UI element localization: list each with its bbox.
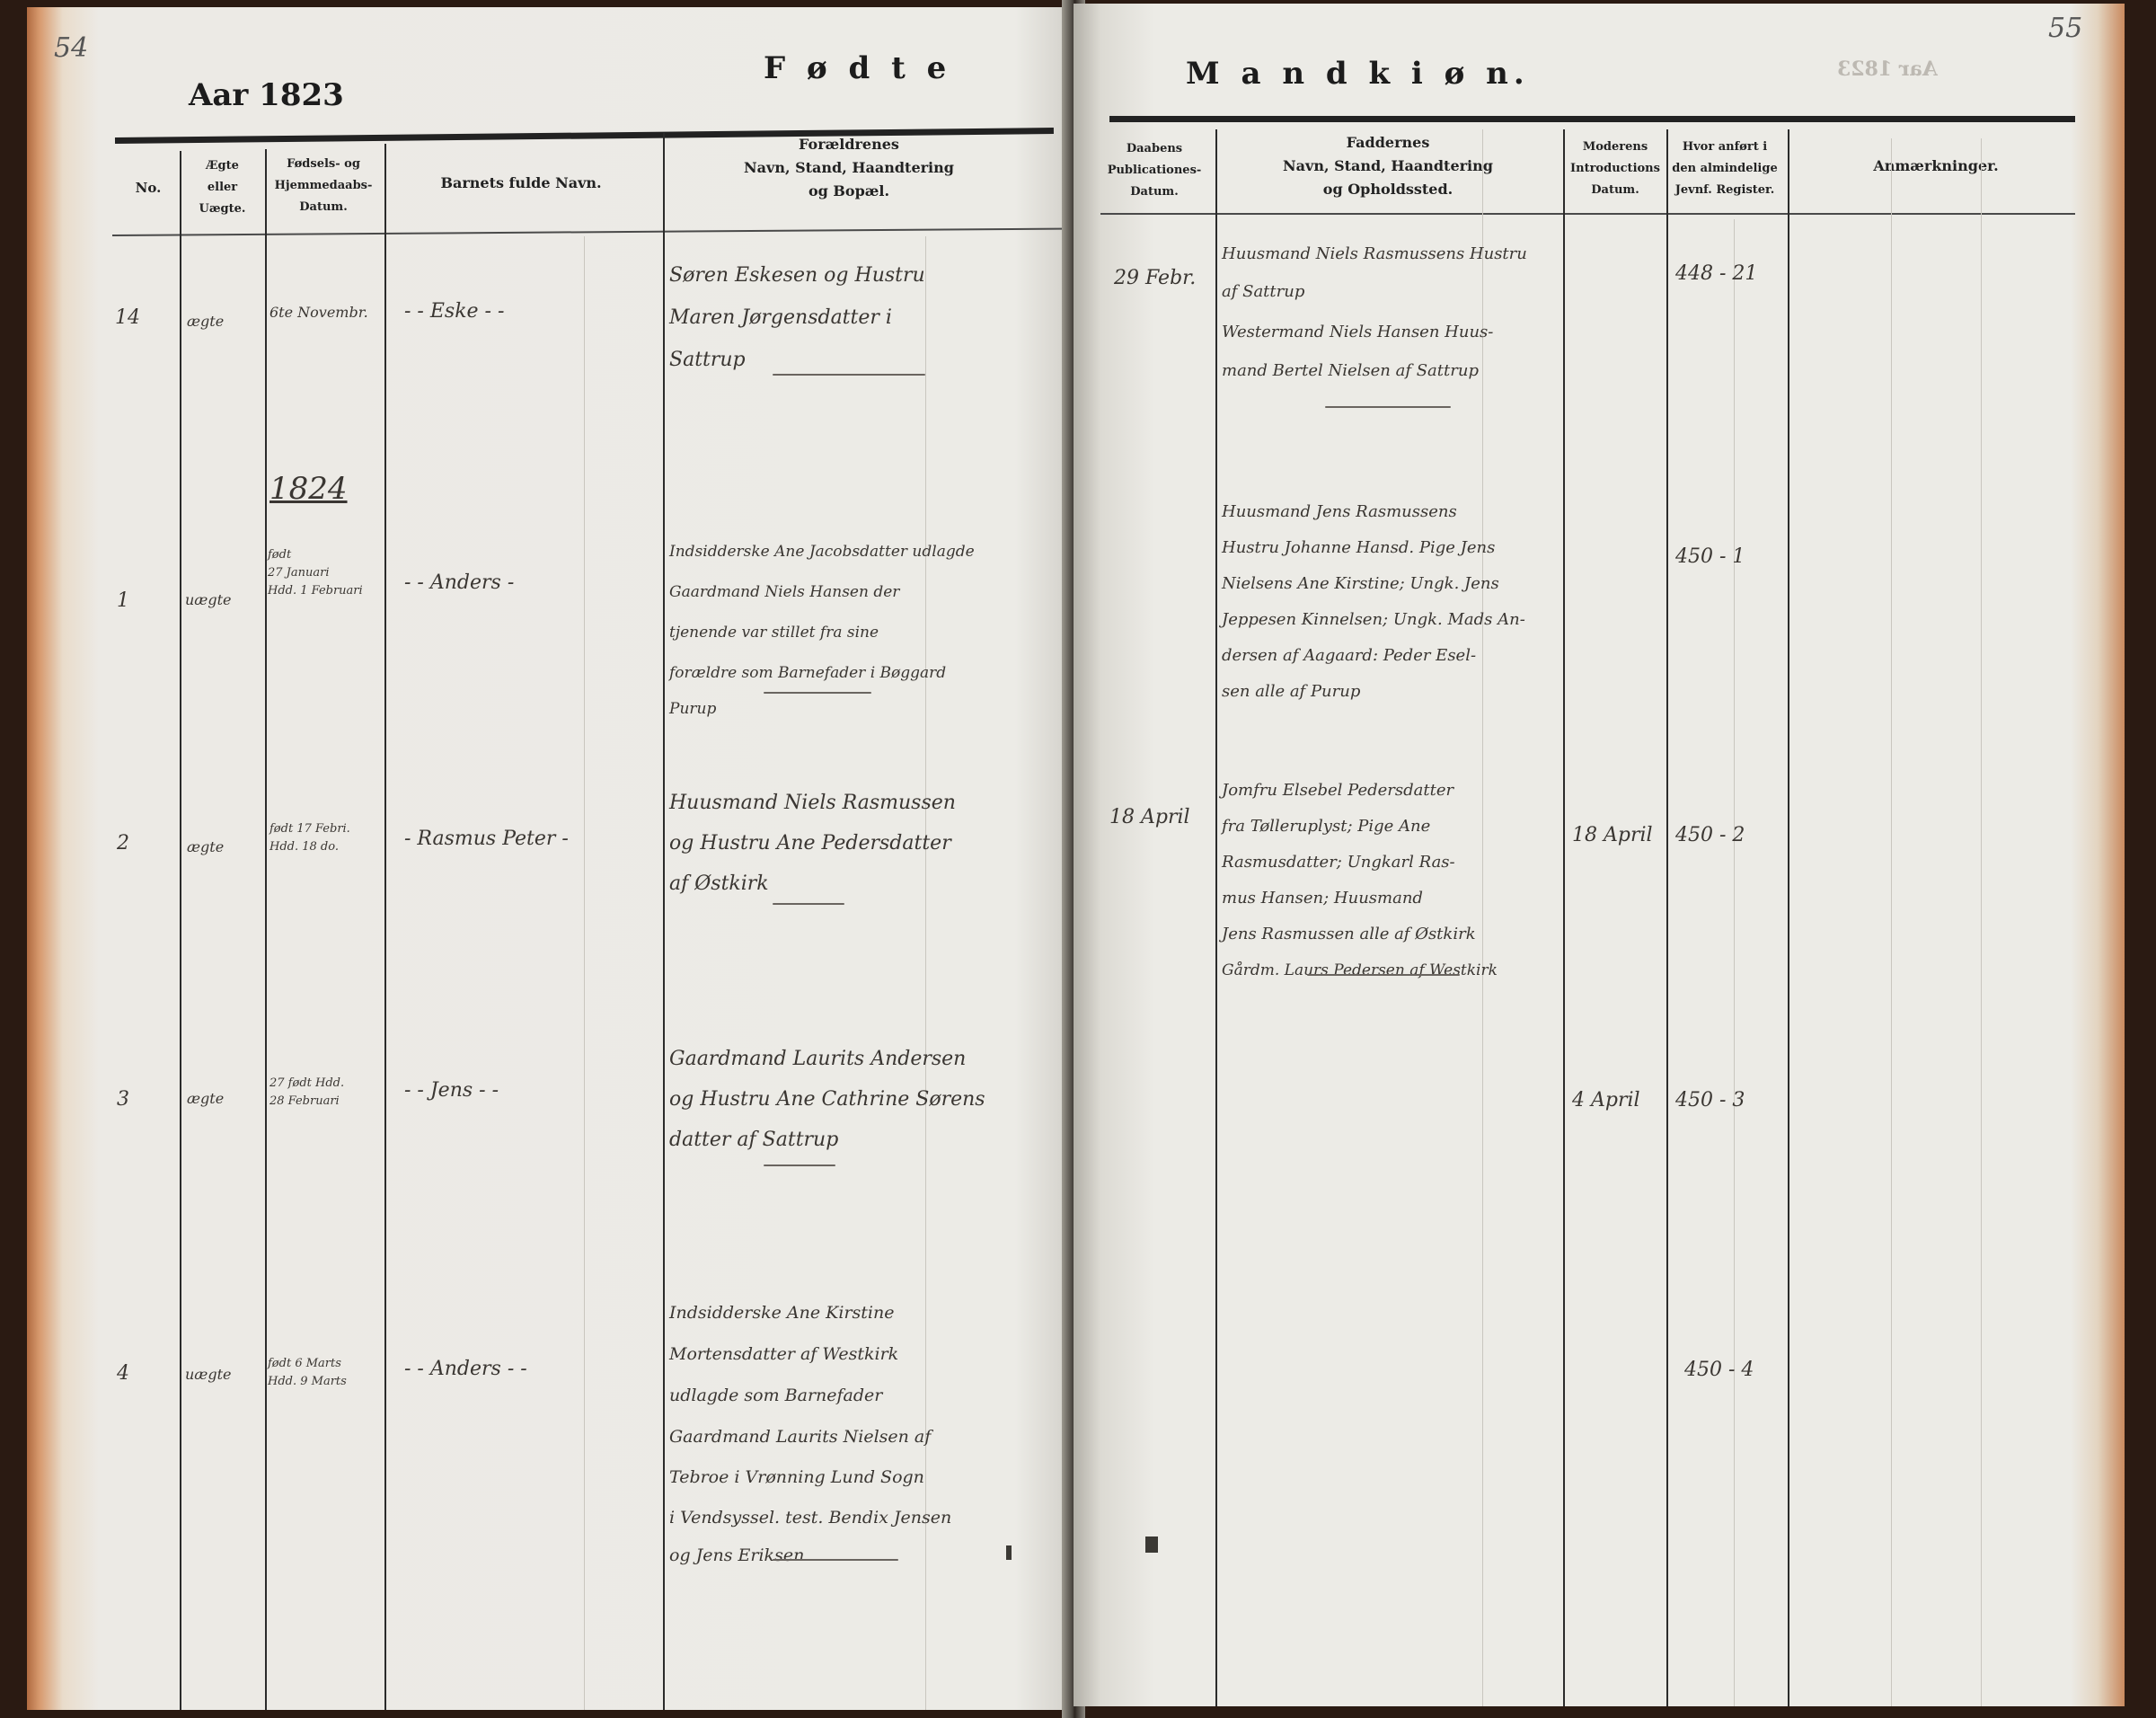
binding-hole bbox=[1145, 1536, 1158, 1553]
col-guide bbox=[1891, 138, 1892, 1706]
page-title-mandkion: M a n d k i ø n. bbox=[1186, 56, 1530, 92]
col-header-legit: Ægte eller Uægte. bbox=[180, 155, 265, 220]
entry-godparents-line: Jens Rasmussen alle af Østkirk bbox=[1222, 916, 1476, 953]
entry-dates: født 6 Marts Hdd. 9 Marts bbox=[268, 1355, 347, 1391]
flourish bbox=[1325, 406, 1451, 408]
entry-register: 450 - 3 bbox=[1675, 1082, 1745, 1120]
entry-parents-line: Huusmand Niels Rasmussen bbox=[669, 784, 956, 822]
entry-baptism-date: 29 Febr. bbox=[1114, 260, 1196, 297]
entry-child-name: - - Eske - - bbox=[404, 293, 504, 331]
entry-parents-line: Purup bbox=[669, 690, 716, 728]
entry-godparents-line: Huusmand Niels Rasmussens Hustru bbox=[1222, 235, 1527, 273]
entry-godparents-line: Hustru Johanne Hansd. Pige Jens bbox=[1222, 529, 1495, 567]
entry-parents-line: Gaardmand Laurits Nielsen af bbox=[669, 1418, 931, 1456]
col-header-no: No. bbox=[121, 178, 175, 198]
entry-register: 448 - 21 bbox=[1675, 255, 1757, 293]
col-guide bbox=[1482, 129, 1483, 1706]
entry-no: 3 bbox=[117, 1081, 129, 1119]
entry-no: 4 bbox=[117, 1355, 129, 1393]
entry-legit: ægte bbox=[187, 313, 224, 331]
entry-godparents-line: Gårdm. Laurs Pedersen af Westkirk bbox=[1222, 952, 1498, 989]
col-header-parents: Forældrenes Navn, Stand, Haandtering og … bbox=[665, 133, 1033, 203]
folio-number-left: 54 bbox=[54, 32, 88, 64]
col-guide bbox=[1981, 138, 1982, 1706]
entry-legit: ægte bbox=[187, 838, 224, 856]
entry-parents-line: Maren Jørgensdatter i bbox=[669, 299, 892, 337]
year-divider-1824: 1824 bbox=[269, 470, 348, 508]
entry-no: 14 bbox=[115, 299, 140, 337]
entry-parents-line: og Hustru Ane Cathrine Sørens bbox=[669, 1081, 985, 1119]
col-header-baptism: Daabens Publicationes- Datum. bbox=[1100, 138, 1208, 203]
header-bottom-rule bbox=[112, 228, 1074, 236]
entry-parents-line: Gaardmand Laurits Andersen bbox=[669, 1041, 966, 1078]
entry-parents-line: Indsidderske Ane Jacobsdatter udlagde bbox=[669, 533, 975, 571]
col-divider bbox=[1788, 129, 1789, 1706]
col-divider bbox=[384, 144, 386, 1710]
entry-godparents-line: Jomfru Elsebel Pedersdatter bbox=[1222, 772, 1454, 810]
entry-dates: født 17 Febri. Hdd. 18 do. bbox=[269, 820, 350, 856]
entry-godparents-line: Huusmand Jens Rasmussens bbox=[1222, 493, 1457, 531]
entry-parents-line: og Jens Eriksen bbox=[669, 1536, 804, 1574]
entry-parents-line: forældre som Barnefader i Bøggard bbox=[669, 654, 946, 692]
col-divider bbox=[1666, 129, 1668, 1706]
entry-parents-line: Tebroe i Vrønning Lund Sogn bbox=[669, 1458, 924, 1496]
entry-no: 1 bbox=[117, 582, 129, 620]
entry-godparents-line: Nielsens Ane Kirstine; Ungk. Jens bbox=[1222, 565, 1499, 603]
entry-mother-intro-date: 18 April bbox=[1572, 817, 1653, 855]
entry-register: 450 - 1 bbox=[1675, 538, 1745, 576]
header-top-rule bbox=[1109, 116, 2075, 122]
entry-legit: uægte bbox=[185, 1366, 231, 1384]
entry-child-name: - Rasmus Peter - bbox=[404, 820, 569, 858]
entry-godparents-line: dersen af Aagaard: Peder Esel- bbox=[1222, 637, 1476, 675]
entry-godparents-line: af Sattrup bbox=[1222, 273, 1304, 311]
entry-parents-line: tjenende var stillet fra sine bbox=[669, 614, 879, 651]
flourish bbox=[764, 1165, 835, 1166]
flourish bbox=[764, 692, 871, 694]
page-title-fodte: F ø d t e bbox=[764, 50, 951, 86]
left-page: 54 Aar 1823 F ø d t e No. Ægte eller Uæg… bbox=[27, 7, 1074, 1710]
year-label: Aar 1823 bbox=[189, 77, 344, 113]
bleed-through-text: Aar 1823 bbox=[1837, 58, 1938, 81]
flourish bbox=[1307, 974, 1460, 976]
entry-parents-line: af Østkirk bbox=[669, 865, 769, 903]
col-divider bbox=[180, 151, 181, 1710]
binding-hole bbox=[1006, 1545, 1012, 1560]
col-guide bbox=[584, 236, 585, 1710]
col-divider bbox=[1563, 129, 1565, 1706]
flourish bbox=[773, 374, 925, 376]
entry-godparents-line: Westermand Niels Hansen Huus- bbox=[1222, 314, 1493, 351]
entry-legit: uægte bbox=[185, 591, 231, 609]
entry-parents-line: Gaardmand Niels Hansen der bbox=[669, 573, 899, 611]
col-header-mother-intro: Moderens Introductions Datum. bbox=[1566, 137, 1665, 201]
entry-godparents-line: Jeppesen Kinnelsen; Ungk. Mads An- bbox=[1222, 601, 1525, 639]
entry-no: 2 bbox=[117, 825, 129, 863]
entry-godparents-line: sen alle af Purup bbox=[1222, 673, 1360, 711]
col-header-register: Hvor anført i den almindelige Jevnf. Reg… bbox=[1666, 137, 1783, 201]
entry-parents-line: udlagde som Barnefader bbox=[669, 1377, 882, 1414]
entry-register: 450 - 2 bbox=[1675, 817, 1745, 855]
entry-mother-intro-date: 4 April bbox=[1572, 1082, 1640, 1120]
entry-parents-line: Mortensdatter af Westkirk bbox=[669, 1335, 898, 1373]
col-header-remarks: Anmærkninger. bbox=[1792, 156, 2080, 176]
entry-parents-line: datter af Sattrup bbox=[669, 1121, 838, 1159]
entry-child-name: - - Jens - - bbox=[404, 1072, 499, 1110]
flourish bbox=[773, 903, 844, 905]
col-header-dates: Fødsels- og Hjemmedaabs- Datum. bbox=[265, 154, 382, 218]
entry-register: 450 - 4 bbox=[1684, 1351, 1754, 1389]
col-guide bbox=[925, 236, 926, 1710]
entry-godparents-line: mus Hansen; Huusmand bbox=[1222, 880, 1423, 917]
entry-godparents-line: mand Bertel Nielsen af Sattrup bbox=[1222, 352, 1479, 390]
entry-dates: 6te Novembr. bbox=[269, 304, 368, 322]
col-divider bbox=[1215, 129, 1217, 1706]
entry-child-name: - - Anders - - bbox=[404, 1350, 527, 1388]
col-divider bbox=[265, 149, 267, 1710]
entry-legit: ægte bbox=[187, 1090, 224, 1108]
col-divider bbox=[663, 133, 665, 1710]
entry-parents-line: og Hustru Ane Pedersdatter bbox=[669, 825, 951, 863]
col-header-child: Barnets fulde Navn. bbox=[386, 173, 656, 193]
col-guide bbox=[1734, 219, 1735, 1706]
entry-parents-line: Søren Eskesen og Hustru bbox=[669, 257, 925, 295]
col-header-godparents: Faddernes Navn, Stand, Haandtering og Op… bbox=[1217, 131, 1559, 201]
entry-dates: født 27 Januari Hdd. 1 Februari bbox=[268, 546, 363, 600]
entry-parents-line: Indsidderske Ane Kirstine bbox=[669, 1294, 894, 1332]
flourish bbox=[773, 1559, 898, 1561]
header-bottom-rule bbox=[1100, 213, 2075, 215]
entry-baptism-date: 18 April bbox=[1109, 799, 1190, 837]
entry-parents-line: Sattrup bbox=[669, 341, 746, 379]
folio-number-right: 55 bbox=[2048, 13, 2082, 44]
entry-godparents-line: Rasmusdatter; Ungkarl Ras- bbox=[1222, 844, 1455, 881]
right-page: 55 M a n d k i ø n. Aar 1823 Daabens Pub… bbox=[1074, 4, 2125, 1706]
entry-child-name: - - Anders - bbox=[404, 564, 514, 602]
entry-dates: 27 født Hdd. 28 Februari bbox=[269, 1075, 344, 1111]
entry-parents-line: i Vendsyssel. test. Bendix Jensen bbox=[669, 1499, 951, 1536]
entry-godparents-line: fra Tølleruplyst; Pige Ane bbox=[1222, 808, 1430, 846]
